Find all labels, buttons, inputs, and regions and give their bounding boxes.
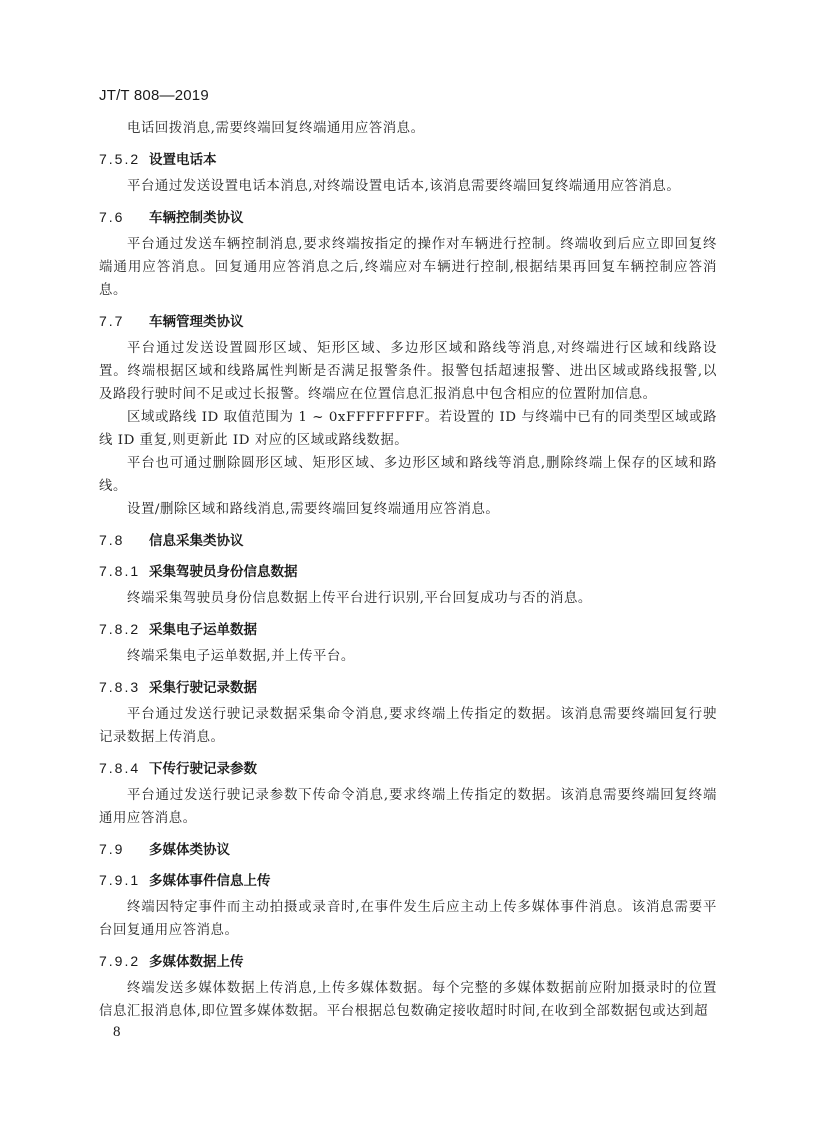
section-number: 7.8.4 (99, 753, 149, 784)
section-number: 7.6 (99, 202, 149, 233)
section-heading-7-8-2: 7.8.2采集电子运单数据 (99, 614, 717, 645)
section-heading-7-6: 7.6车辆控制类协议 (99, 202, 717, 233)
section-heading-7-9: 7.9多媒体类协议 (99, 834, 717, 865)
paragraph: 电话回拨消息,需要终端回复终端通用应答消息。 (99, 117, 717, 140)
section-title: 多媒体数据上传 (149, 954, 244, 970)
paragraph: 终端采集驾驶员身份信息数据上传平台进行识别,平台回复成功与否的消息。 (99, 587, 717, 610)
section-title: 采集行驶记录数据 (149, 680, 257, 696)
section-heading-7-5-2: 7.5.2设置电话本 (99, 144, 717, 175)
page-number: 8 (113, 1024, 121, 1041)
paragraph: 设置/删除区域和路线消息,需要终端回复终端通用应答消息。 (99, 498, 717, 521)
paragraph: 终端因特定事件而主动拍摄或录音时,在事件发生后应主动上传多媒体事件消息。该消息需… (99, 896, 717, 942)
paragraph: 终端采集电子运单数据,并上传平台。 (99, 645, 717, 668)
section-title: 多媒体事件信息上传 (149, 873, 271, 889)
section-title: 信息采集类协议 (149, 533, 244, 549)
section-title: 设置电话本 (149, 152, 217, 168)
paragraph: 平台也可通过删除圆形区域、矩形区域、多边形区域和路线等消息,删除终端上保存的区域… (99, 452, 717, 498)
section-number: 7.7 (99, 306, 149, 337)
section-title: 采集电子运单数据 (149, 622, 257, 638)
section-heading-7-8-1: 7.8.1采集驾驶员身份信息数据 (99, 556, 717, 587)
document-header: JT/T 808—2019 (99, 87, 209, 104)
section-title: 车辆控制类协议 (149, 210, 244, 226)
paragraph: 平台通过发送行驶记录参数下传命令消息,要求终端上传指定的数据。该消息需要终端回复… (99, 784, 717, 830)
section-number: 7.9.2 (99, 946, 149, 977)
paragraph: 平台通过发送设置电话本消息,对终端设置电话本,该消息需要终端回复终端通用应答消息… (99, 175, 717, 198)
section-title: 下传行驶记录参数 (149, 761, 257, 777)
section-heading-7-8: 7.8信息采集类协议 (99, 525, 717, 556)
section-number: 7.8.1 (99, 556, 149, 587)
section-number: 7.9.1 (99, 865, 149, 896)
section-heading-7-8-3: 7.8.3采集行驶记录数据 (99, 672, 717, 703)
section-heading-7-9-1: 7.9.1多媒体事件信息上传 (99, 865, 717, 896)
paragraph: 平台通过发送行驶记录数据采集命令消息,要求终端上传指定的数据。该消息需要终端回复… (99, 703, 717, 749)
section-number: 7.8 (99, 525, 149, 556)
paragraph: 平台通过发送车辆控制消息,要求终端按指定的操作对车辆进行控制。终端收到后应立即回… (99, 233, 717, 302)
section-title: 采集驾驶员身份信息数据 (149, 564, 298, 580)
section-title: 多媒体类协议 (149, 842, 230, 858)
document-body: 电话回拨消息,需要终端回复终端通用应答消息。 7.5.2设置电话本 平台通过发送… (99, 117, 717, 1023)
paragraph: 平台通过发送设置圆形区域、矩形区域、多边形区域和路线等消息,对终端进行区域和线路… (99, 337, 717, 406)
paragraph: 区域或路线 ID 取值范围为 1 ~ 0xFFFFFFFF。若设置的 ID 与终… (99, 406, 717, 452)
paragraph: 终端发送多媒体数据上传消息,上传多媒体数据。每个完整的多媒体数据前应附加摄录时的… (99, 977, 717, 1023)
section-number: 7.5.2 (99, 144, 149, 175)
section-heading-7-8-4: 7.8.4下传行驶记录参数 (99, 753, 717, 784)
section-heading-7-9-2: 7.9.2多媒体数据上传 (99, 946, 717, 977)
section-number: 7.8.3 (99, 672, 149, 703)
section-title: 车辆管理类协议 (149, 314, 244, 330)
section-number: 7.9 (99, 834, 149, 865)
section-heading-7-7: 7.7车辆管理类协议 (99, 306, 717, 337)
section-number: 7.8.2 (99, 614, 149, 645)
